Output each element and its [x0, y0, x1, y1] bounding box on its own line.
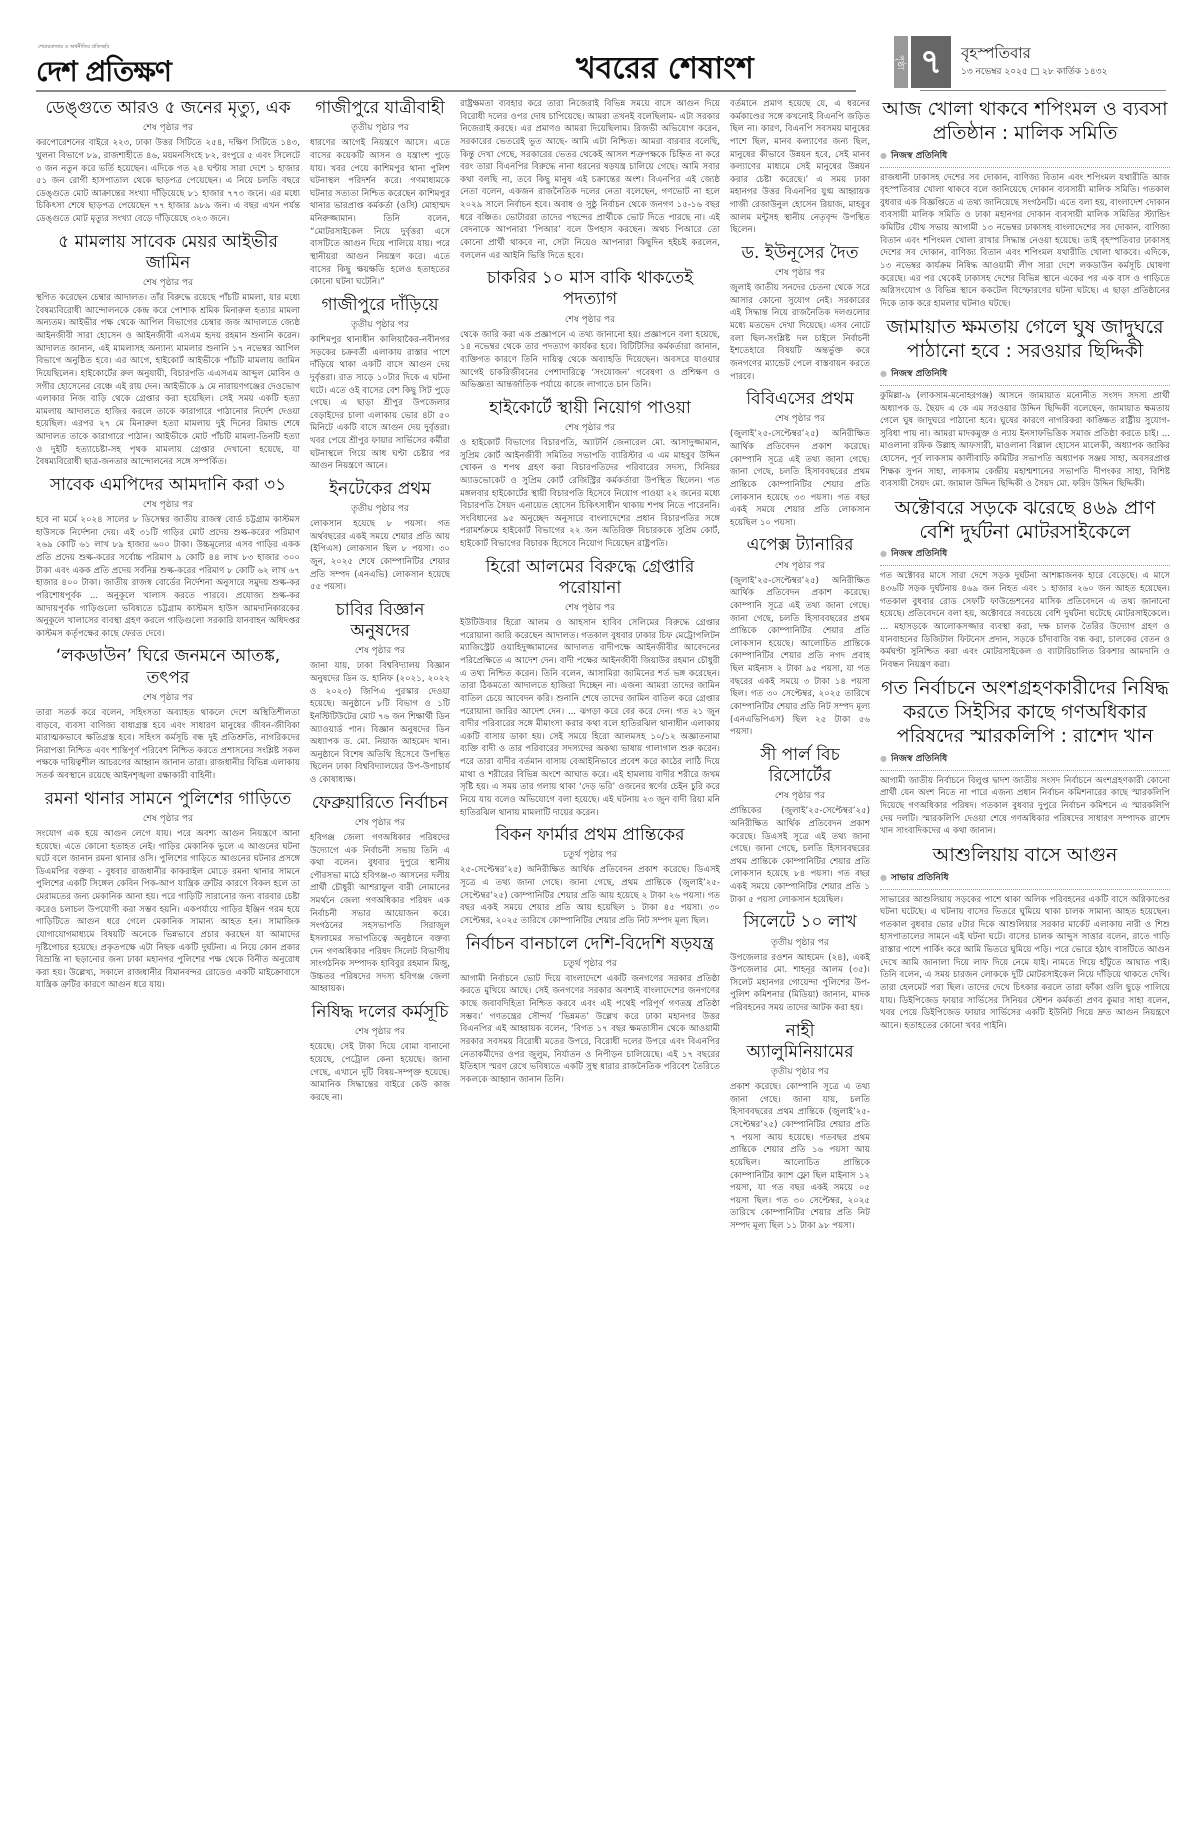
headline[interactable]: অক্টোবরে সড়কে ঝরেছে ৪৬৯ প্রাণ বেশি দুর্…: [880, 497, 1170, 545]
story-hc-judges: হাইকোর্টে স্থায়ী নিয়োগ পাওয়া শেষ পৃষ্…: [460, 398, 720, 551]
story-gazipur-bus: গাজীপুরে যাত্রীবাহী তৃতীয় পৃষ্ঠার পর ধা…: [310, 98, 450, 289]
headline[interactable]: ড. ইউনূসের দৈত: [730, 243, 870, 264]
story-body: হবে না মর্মে ২০২৪ সালের ৮ ডিসেম্বর জাতীয…: [36, 514, 300, 640]
continued-from: তৃতীয় পৃষ্ঠার পর: [310, 120, 450, 135]
continued-from: শেষ পৃষ্ঠার পর: [310, 643, 450, 658]
story-hero-alom: হিরো আলমের বিরুদ্ধে গ্রেপ্তারি পরোয়ানা …: [460, 557, 720, 820]
story-intech: ইনটেকের প্রথম তৃতীয় পৃষ্ঠার পর লোকসান হ…: [310, 479, 450, 594]
headline[interactable]: ‘লকডাউন’ ঘিরে জনমনে আতঙ্ক, তৎপর: [36, 646, 300, 689]
page-label: পৃষ্ঠা: [894, 36, 908, 88]
story-gazipur-stand: গাজীপুরে দাঁড়িয়ে তৃতীয় পৃষ্ঠার পর কাশ…: [310, 295, 450, 473]
story-body: ও হাইকোর্ট বিভাগের বিচারপতি, অ্যাটর্নি জ…: [460, 437, 720, 551]
column-4: বর্তমানে প্রমাণ হয়েছে যে, এ ধরনের কর্মক…: [730, 98, 870, 1239]
headline[interactable]: সাবেক এমপিদের আমদানি করা ৩১: [36, 475, 300, 496]
story-body: সংযোগ এক হয়ে আগুন লেগে যায়। পরে অবশ্য …: [36, 828, 300, 992]
headline[interactable]: ডেঙ্গুতে আরও ৫ জনের মৃত্যু, এক: [36, 98, 300, 119]
page-number: ৭: [911, 36, 951, 88]
story-lockdown: ‘লকডাউন’ ঘিরে জনমনে আতঙ্ক, তৎপর শেষ পৃষ্…: [36, 646, 300, 782]
section-title: খবরের শেষাংশ: [576, 44, 754, 95]
story-body: ২৫-সেপ্টেম্বর’২৫) অনিরীক্ষিত আর্থিক প্রত…: [460, 864, 720, 927]
byline: নিজস্ব প্রতিনিধি: [880, 751, 1170, 771]
story-body: কুমিল্লা-৯ (লাকসাম-মনোহরগঞ্জ) আসনে জামায…: [880, 390, 1170, 491]
story-bbs: বিবিএসের প্রথম শেষ পৃষ্ঠার পর (জুলাই’২৫-…: [730, 389, 870, 529]
continued-from: শেষ পৃষ্ঠার পর: [310, 1024, 450, 1039]
continued-from: শেষ পৃষ্ঠার পর: [36, 275, 300, 290]
headline[interactable]: চাবির বিজ্ঞান অনুষদের: [310, 600, 450, 643]
headline[interactable]: বিকন ফার্মার প্রথম প্রান্তিকের: [460, 825, 720, 846]
continued-from: তৃতীয় পৃষ্ঠার পর: [730, 935, 870, 950]
story-conspiracy: নির্বাচন বানচালে দেশি-বিদেশি ষড়যন্ত্র চ…: [460, 934, 720, 1087]
story-body: প্রকাশ করেছে। কোম্পানি সূত্রে এ তথ্য জান…: [730, 1081, 870, 1233]
story-dengue: ডেঙ্গুতে আরও ৫ জনের মৃত্যু, এক শেষ পৃষ্ঠ…: [36, 98, 300, 226]
headline[interactable]: আশুলিয়ায় বাসে আগুন: [880, 844, 1170, 868]
headline[interactable]: জামায়াত ক্ষমতায় গেলে ঘুষ জাদুঘরে পাঠান…: [880, 316, 1170, 364]
story-body: রাষ্ট্রক্ষমতা ব্যবহার করে তারা নিজেরাই ব…: [460, 98, 720, 262]
headline[interactable]: নিষিদ্ধ দলের কর্মসূচি: [310, 1002, 450, 1023]
continued-from: চতুর্থ পৃষ্ঠার পর: [460, 956, 720, 971]
continued-from: চতুর্থ পৃষ্ঠার পর: [460, 847, 720, 862]
headline[interactable]: ফেব্রুয়ারিতে নির্বাচন: [310, 793, 450, 814]
column-3: রাষ্ট্রক্ষমতা ব্যবহার করে তারা নিজেরাই ব…: [460, 98, 720, 1092]
header-divider: [36, 90, 856, 92]
continued-from: শেষ পৃষ্ঠার পর: [36, 120, 300, 135]
byline: সাভার প্রতিনিধি: [880, 870, 1170, 890]
byline: নিজস্ব প্রতিনিধি: [880, 546, 1170, 566]
continued-from: শেষ পৃষ্ঠার পর: [730, 788, 870, 803]
issue-date: ১৩ নভেম্বর ২০২৫ □ ২৮ কার্তিক ১৪৩২: [961, 64, 1107, 79]
headline[interactable]: সী পার্ল বিচ রিসোর্টের: [730, 745, 870, 788]
headline[interactable]: আজ খোলা থাকবে শপিংমল ও ব্যবসা প্রতিষ্ঠান…: [880, 98, 1170, 146]
story-body: রাজধানী ঢাকাসহ দেশের সব দোকান, বাণিজ্য ব…: [880, 172, 1170, 311]
headline[interactable]: গাজীপুরে যাত্রীবাহী: [310, 98, 450, 119]
story-body: ইউটিউবার হিরো আলম ও আহসান হাবিব সেলিমের …: [460, 617, 720, 819]
story-body: থেকে জারি করা এক প্রজ্ঞাপনে এ তথ্য জানান…: [460, 329, 720, 392]
story-body: লোকসান হয়েছে ৮ পয়সা। গত অর্থবছরের একই …: [310, 518, 450, 594]
story-sylhet: সিলেটে ১০ লাখ তৃতীয় পৃষ্ঠার পর উপজেলার …: [730, 912, 870, 1014]
continued-from: শেষ পৃষ্ঠার পর: [730, 411, 870, 426]
story-body: উপজেলার রওশন আহমেদ (২৪), একই উপজেলার মো.…: [730, 952, 870, 1015]
story-body: গত অক্টোবর মাসে সারা দেশে সড়ক দুর্ঘটনা …: [880, 570, 1170, 671]
story-body: প্রান্তিকের (জুলাই’২৫-সেপ্টেম্বর’২৫) অনি…: [730, 805, 870, 906]
headline[interactable]: ইনটেকের প্রথম: [310, 479, 450, 500]
column-1: ডেঙ্গুতে আরও ৫ জনের মৃত্যু, এক শেষ পৃষ্ঠ…: [36, 98, 300, 998]
story-body: হয়েছে। সেই টাকা দিয়ে বোমা বানানো হয়েছ…: [310, 1041, 450, 1104]
story-ashulia: আশুলিয়ায় বাসে আগুন সাভার প্রতিনিধি সাভ…: [880, 844, 1170, 1033]
headline[interactable]: চাকরির ১০ মাস বাকি থাকতেই পদত্যাগ: [460, 268, 720, 311]
story-body: জানা যায়, ঢাকা বিশ্ববিদ্যালয় বিজ্ঞান অ…: [310, 660, 450, 786]
story-banned-party: নিষিদ্ধ দলের কর্মসূচি শেষ পৃষ্ঠার পর হয়…: [310, 1002, 450, 1104]
story-mp-import: সাবেক এমপিদের আমদানি করা ৩১ শেষ পৃষ্ঠার …: [36, 475, 300, 641]
headline[interactable]: সিলেটে ১০ লাখ: [730, 912, 870, 933]
story-body: আগামী জাতীয় নির্বাচনে বিলুপ্ত দ্বাদশ জা…: [880, 775, 1170, 838]
story-body: ধারণের আগেই নিয়ন্ত্রণে আসে। এতে বাসের ক…: [310, 137, 450, 289]
continued-from: শেষ পৃষ্ঠার পর: [730, 265, 870, 280]
story-bnp-speech: রাষ্ট্রক্ষমতা ব্যবহার করে তারা নিজেরাই ব…: [460, 98, 720, 262]
story-body: বর্তমানে প্রমাণ হয়েছে যে, এ ধরনের কর্মক…: [730, 98, 870, 237]
story-body: কাশিমপুর থানাধীন কালিয়াকৈর-নবীনগর সড়কে…: [310, 334, 450, 473]
story-february: ফেব্রুয়ারিতে নির্বাচন শেষ পৃষ্ঠার পর হব…: [310, 793, 450, 996]
story-bnp-welfare: বর্তমানে প্রমাণ হয়েছে যে, এ ধরনের কর্মক…: [730, 98, 870, 237]
column-2: গাজীপুরে যাত্রীবাহী তৃতীয় পৃষ্ঠার পর ধা…: [310, 98, 450, 1110]
story-body: করপোরেশনের বাইরে ২২৩, ঢাকা উত্তর সিটিতে …: [36, 137, 300, 225]
byline: নিজস্ব প্রতিনিধি: [880, 366, 1170, 386]
story-gonoodhikar: গত নির্বাচনে অংশগ্রহণকারীদের নিষিদ্ধ করত…: [880, 677, 1170, 837]
headline[interactable]: ৫ মামলায় সাবেক মেয়র আইভীর জামিন: [36, 232, 300, 275]
story-shopping: আজ খোলা থাকবে শপিংমল ও ব্যবসা প্রতিষ্ঠান…: [880, 98, 1170, 310]
date-divider: [920, 90, 1166, 91]
headline[interactable]: হিরো আলমের বিরুদ্ধে গ্রেপ্তারি পরোয়ানা: [460, 557, 720, 600]
headline[interactable]: রমনা থানার সামনে পুলিশের গাড়িতে: [36, 789, 300, 810]
continued-from: শেষ পৃষ্ঠার পর: [36, 497, 300, 512]
continued-from: তৃতীয় পৃষ্ঠার পর: [310, 317, 450, 332]
story-jamaat: জামায়াত ক্ষমতায় গেলে ঘুষ জাদুঘরে পাঠান…: [880, 316, 1170, 491]
story-nahee: নাহী অ্যালুমিনিয়ামের তৃতীয় পৃষ্ঠার পর …: [730, 1021, 870, 1233]
story-body: আগামী নির্বাচনে ভোট দিয়ে বাংলাদেশে একটি…: [460, 973, 720, 1087]
continued-from: তৃতীয় পৃষ্ঠার পর: [310, 501, 450, 516]
byline: নিজস্ব প্রতিনিধি: [880, 148, 1170, 168]
masthead: শেয়ারবাজার ও অর্থনীতির প্রতিচ্ছবি দেশ প…: [36, 36, 1166, 88]
headline[interactable]: গত নির্বাচনে অংশগ্রহণকারীদের নিষিদ্ধ করত…: [880, 677, 1170, 748]
story-body: হবিগঞ্জ জেলা গণঅধিকার পরিষদের উদ্যোগে এক…: [310, 832, 450, 996]
story-body: তারা সতর্ক করে বলেন, সহিংসতা অব্যাহত থাক…: [36, 707, 300, 783]
continued-from: শেষ পৃষ্ঠার পর: [730, 558, 870, 573]
headline[interactable]: বিবিএসের প্রথম: [730, 389, 870, 410]
story-ramna: রমনা থানার সামনে পুলিশের গাড়িতে শেষ পৃষ…: [36, 789, 300, 992]
story-road-accident: অক্টোবরে সড়কে ঝরেছে ৪৬৯ প্রাণ বেশি দুর্…: [880, 497, 1170, 672]
continued-from: শেষ পৃষ্ঠার পর: [36, 690, 300, 705]
story-body: (জুলাই’২৫-সেপ্টেম্বর’২৫) অনিরীক্ষিত আর্থ…: [730, 428, 870, 529]
story-body: স্থগিত করেছেন চেম্বার আদালত। তাঁর বিরুদ্…: [36, 292, 300, 469]
continued-from: শেষ পৃষ্ঠার পর: [460, 312, 720, 327]
continued-from: শেষ পৃষ্ঠার পর: [310, 815, 450, 830]
story-body: সাভারের আশুলিয়ায় সড়কের পাশে থাকা অলিক…: [880, 894, 1170, 1033]
story-body: (জুলাই’২৫-সেপ্টেম্বর’২৫) অনিরীক্ষিত আর্থ…: [730, 575, 870, 739]
story-university: চাবির বিজ্ঞান অনুষদের শেষ পৃষ্ঠার পর জান…: [310, 600, 450, 787]
continued-from: শেষ পৃষ্ঠার পর: [460, 420, 720, 435]
continued-from: তৃতীয় পৃষ্ঠার পর: [730, 1064, 870, 1079]
continued-from: শেষ পৃষ্ঠার পর: [460, 600, 720, 615]
story-job: চাকরির ১০ মাস বাকি থাকতেই পদত্যাগ শেষ পৃ…: [460, 268, 720, 392]
column-5: আজ খোলা থাকবে শপিংমল ও ব্যবসা প্রতিষ্ঠান…: [880, 98, 1170, 1038]
headline[interactable]: নাহী অ্যালুমিনিয়ামের: [730, 1021, 870, 1064]
story-yunus: ড. ইউনূসের দৈত শেষ পৃষ্ঠার পর জুলাই জাতী…: [730, 243, 870, 383]
headline[interactable]: গাজীপুরে দাঁড়িয়ে: [310, 295, 450, 316]
story-bikon: বিকন ফার্মার প্রথম প্রান্তিকের চতুর্থ পৃ…: [460, 825, 720, 927]
headline[interactable]: এপেক্স ট্যানারির: [730, 535, 870, 556]
headline[interactable]: নির্বাচন বানচালে দেশি-বিদেশি ষড়যন্ত্র: [460, 934, 720, 955]
headline[interactable]: হাইকোর্টে স্থায়ী নিয়োগ পাওয়া: [460, 398, 720, 419]
story-sea-pearl: সী পার্ল বিচ রিসোর্টের শেষ পৃষ্ঠার পর প্…: [730, 745, 870, 907]
story-body: জুলাই জাতীয় সনদের চেতনা থেকে সরে আসার ক…: [730, 282, 870, 383]
story-ivy-bail: ৫ মামলায় সাবেক মেয়র আইভীর জামিন শেষ পৃ…: [36, 232, 300, 469]
story-apex: এপেক্স ট্যানারির শেষ পৃষ্ঠার পর (জুলাই’২…: [730, 535, 870, 738]
continued-from: শেষ পৃষ্ঠার পর: [36, 811, 300, 826]
